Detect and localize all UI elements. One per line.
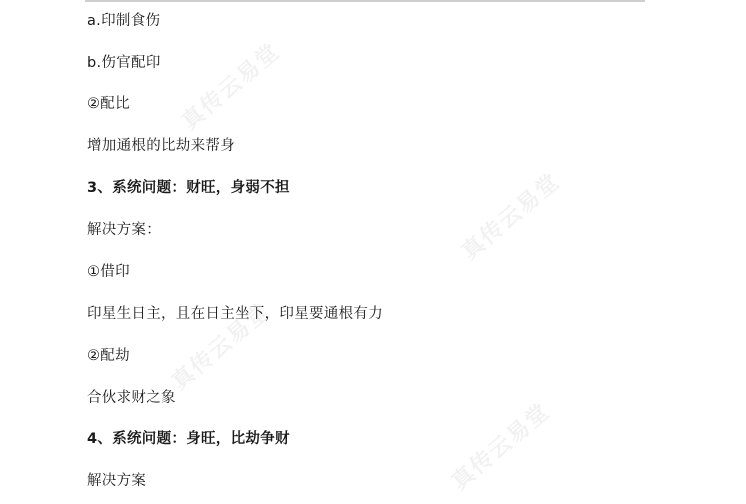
watermark: 真传云易堂 — [444, 395, 556, 496]
text-line-b: b.伤官配印 — [87, 54, 161, 72]
text-line-a: a.印制食伤 — [87, 12, 160, 30]
text-line-yinxing: 印星生日主，且在日主坐下，印星要通根有力 — [87, 305, 383, 323]
text-line-hehuo: 合伙求财之象 — [87, 389, 176, 407]
text-line-peibi: ②配比 — [87, 95, 130, 113]
heading-section-3: 3、系统问题：财旺，身弱不担 — [87, 179, 290, 197]
watermark: 真传云易堂 — [454, 165, 566, 266]
text-line-zengjia: 增加通根的比劫来帮身 — [87, 137, 235, 155]
heading-section-4: 4、系统问题：身旺，比劫争财 — [87, 430, 290, 448]
text-line-solution-label-2: 解决方案 — [87, 472, 146, 490]
top-divider — [85, 0, 645, 2]
watermark: 真传云易堂 — [174, 35, 286, 136]
text-line-peijie: ②配劫 — [87, 347, 130, 365]
text-line-jieyin: ①借印 — [87, 263, 130, 281]
text-line-solution-label: 解决方案： — [87, 221, 161, 239]
